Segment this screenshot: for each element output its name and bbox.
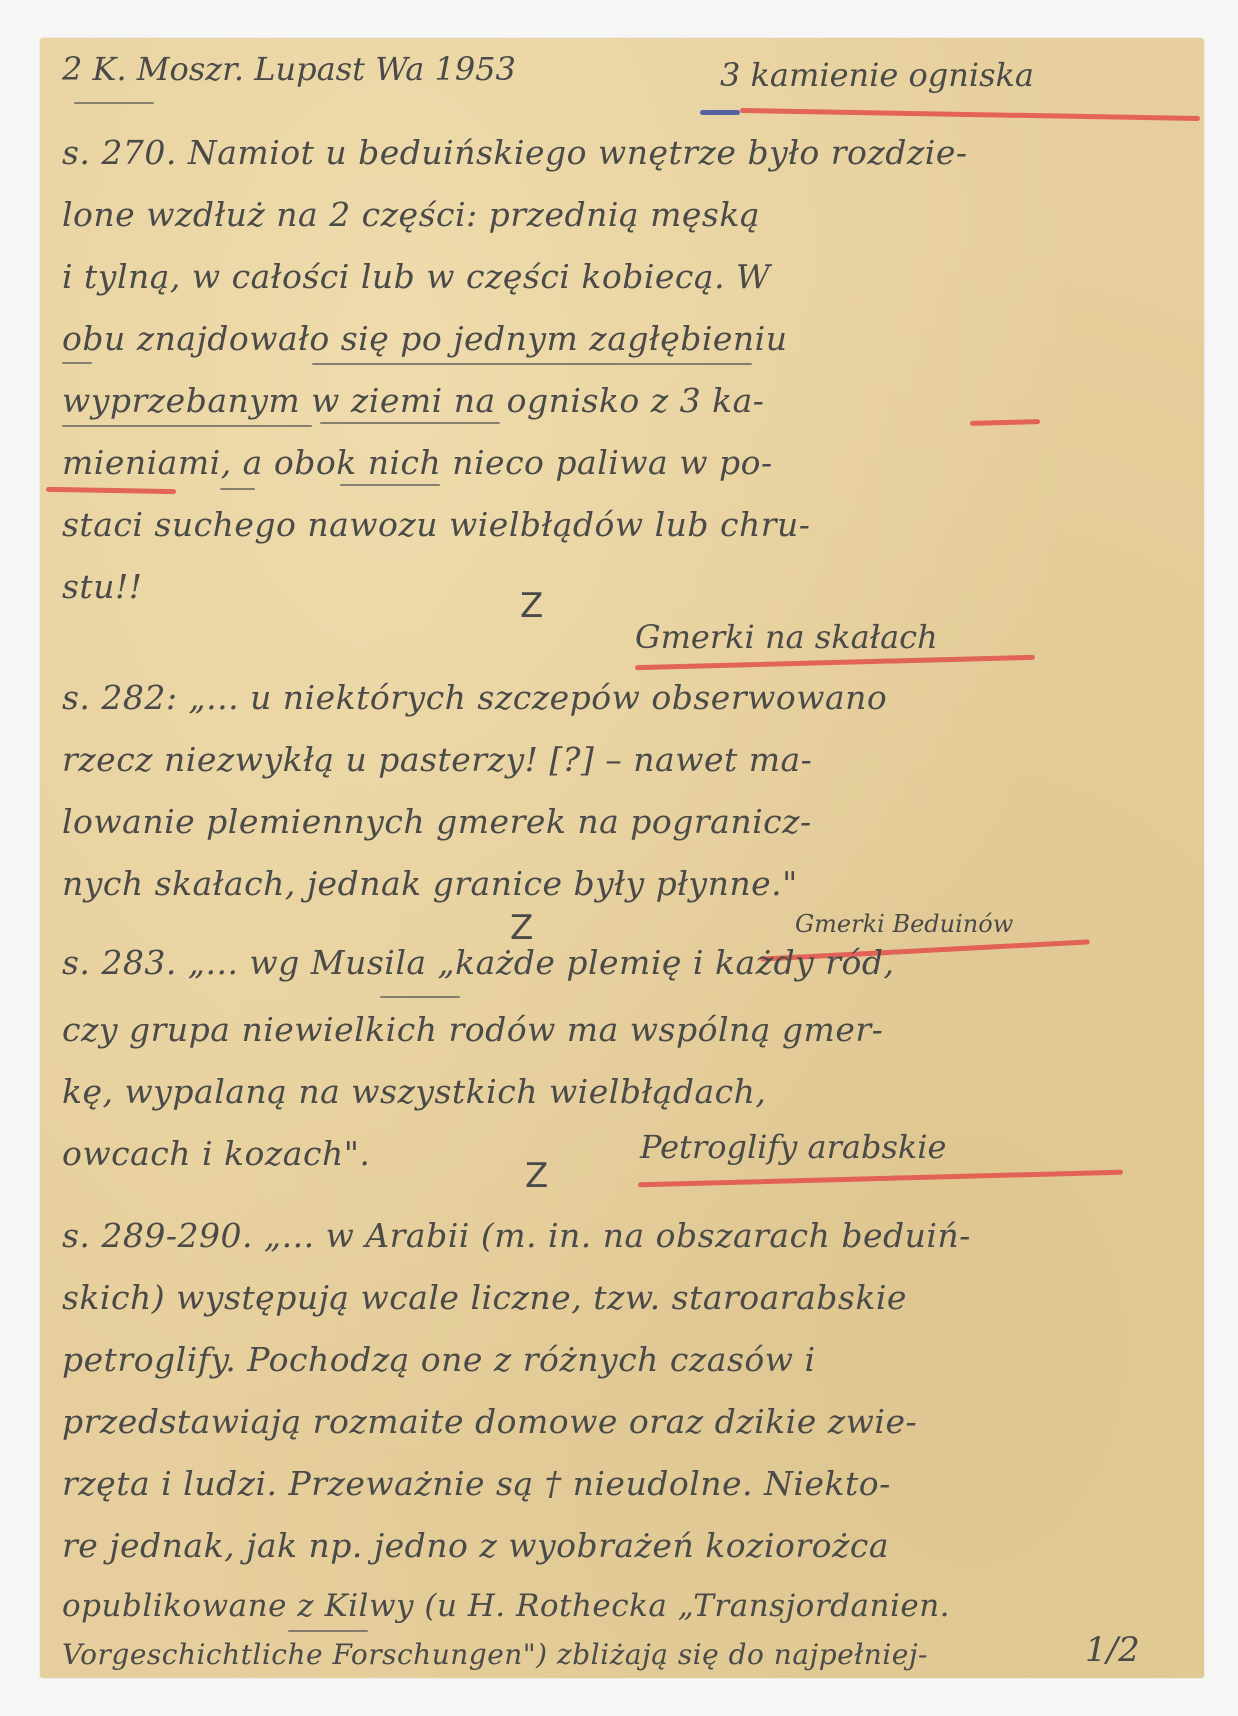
section-separator: Z	[520, 586, 543, 626]
text-line: przedstawiają rozmaite domowe oraz dziki…	[62, 1402, 917, 1441]
pencil-underline	[312, 363, 752, 365]
section-heading: Gmerki Beduinów	[795, 910, 1013, 938]
pencil-underline	[380, 996, 460, 998]
pencil-underline	[62, 362, 92, 364]
text-line: wyprzebanym w ziemi na ognisko z 3 ka-	[62, 381, 764, 420]
text-line: rzęta i ludzi. Przeważnie są † nieudolne…	[62, 1464, 891, 1503]
text-line: stu!!	[62, 567, 142, 606]
red-underline	[740, 108, 1200, 121]
page-marker: 1/2	[1085, 1630, 1140, 1670]
section-heading: Gmerki na skałach	[635, 618, 938, 656]
red-underline	[970, 419, 1040, 426]
text-line: Vorgeschichtliche Forschungen") zbliżają…	[62, 1638, 928, 1671]
index-card: 2 K. Moszr. Lupast Wa 1953 3 kamienie og…	[40, 38, 1204, 1678]
reference-underline	[74, 102, 154, 104]
text-line: kę, wypalaną na wszystkich wielbłądach,	[62, 1072, 766, 1111]
text-line: s. 289-290. „... w Arabii (m. in. na obs…	[62, 1216, 971, 1255]
section-separator: Z	[510, 908, 533, 948]
text-line: rzecz niezwykłą u pasterzy! [?] – nawet …	[62, 740, 812, 779]
text-line: mieniami, a obok nich nieco paliwa w po-	[62, 443, 773, 482]
text-line: re jednak, jak np. jedno z wyobrażeń koz…	[62, 1526, 889, 1565]
text-line: skich) występują wcale liczne, tzw. star…	[62, 1278, 907, 1317]
pencil-underline	[340, 484, 440, 486]
text-line: lone wzdłuż na 2 części: przednią męską	[62, 195, 760, 234]
text-line: czy grupa niewielkich rodów ma wspólną g…	[62, 1010, 883, 1049]
red-underline	[638, 1170, 1123, 1188]
pencil-underline	[320, 422, 500, 424]
text-line: obu znajdowało się po jednym zagłębieniu	[62, 319, 788, 358]
section-separator: Z	[525, 1156, 548, 1196]
text-line: i tylną, w całości lub w części kobiecą.…	[62, 257, 770, 296]
text-line: s. 282: „... u niektórych szczepów obser…	[62, 678, 887, 717]
text-line: petroglify. Pochodzą one z różnych czasó…	[62, 1340, 816, 1379]
source-reference: 2 K. Moszr. Lupast Wa 1953	[62, 50, 516, 88]
text-line: opublikowane z Kilwy (u H. Rothecka „Tra…	[62, 1588, 950, 1624]
text-line: nych skałach, jednak granice były płynne…	[62, 864, 798, 903]
red-underline	[635, 655, 1035, 670]
text-line: s. 283. „... wg Musila „każde plemię i k…	[62, 943, 895, 982]
pencil-underline	[288, 1630, 368, 1632]
topic-heading: 3 kamienie ogniska	[720, 56, 1034, 94]
pencil-underline	[62, 425, 312, 427]
text-line: s. 270. Namiot u beduińskiego wnętrze by…	[62, 133, 968, 172]
pencil-underline	[220, 488, 255, 490]
blue-underline	[700, 110, 740, 115]
text-line: lowanie plemiennych gmerek na pogranicz-	[62, 802, 812, 841]
text-line: owcach i kozach".	[62, 1134, 370, 1173]
text-line: staci suchego nawozu wielbłądów lub chru…	[62, 505, 810, 544]
red-underline	[46, 487, 176, 494]
section-heading: Petroglify arabskie	[640, 1128, 946, 1166]
